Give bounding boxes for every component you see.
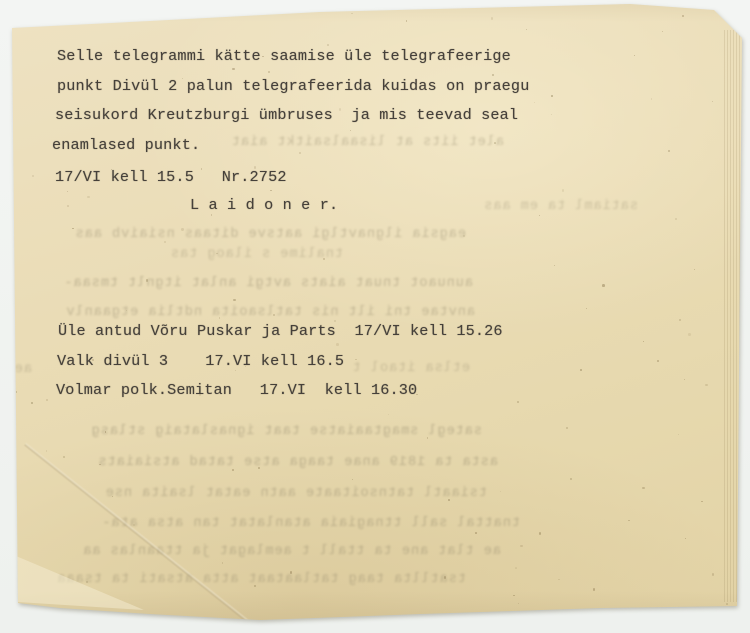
bleedthrough-line: aunuaot tnuat aiats avtgi anlat itgnlt t… bbox=[33, 276, 473, 291]
paper-speckle bbox=[517, 401, 519, 403]
paper-speckle bbox=[539, 215, 540, 216]
bleedthrough-line: asta ta 1819 anae taaga atse tatad atsia… bbox=[26, 455, 498, 470]
bleedthrough-line: sategl smagtaaiatse taat ignaslataig stl… bbox=[30, 424, 482, 439]
bleedthrough-line: tnattal sall ttnagiaia atanlatat tan ats… bbox=[38, 516, 520, 531]
paper-speckle bbox=[701, 501, 703, 503]
paper-speckle bbox=[570, 478, 572, 480]
paper-speckle bbox=[105, 431, 106, 432]
paper-speckle bbox=[444, 576, 446, 578]
paper-speckle bbox=[32, 175, 34, 177]
paper-speckle bbox=[268, 71, 270, 73]
paper-speckle bbox=[675, 218, 677, 220]
paper-right-edge-texture bbox=[724, 30, 744, 602]
paper-speckle bbox=[526, 29, 527, 30]
paper-speckle bbox=[67, 191, 68, 192]
paper-speckle bbox=[566, 427, 568, 429]
paper-speckle bbox=[705, 384, 707, 386]
bleedthrough-line: eagsia ilgnavtlgi aatsve ditaas nsiaivb … bbox=[36, 227, 466, 242]
paper-speckle bbox=[515, 567, 517, 569]
paper-speckle bbox=[628, 520, 630, 522]
delivery-line: Volmar polk.Semitan 17.VI kell 16.30 bbox=[56, 383, 417, 398]
scanned-telegram-document: alet iits at lisaalsaitkt aiatsatiaml ta… bbox=[0, 0, 750, 633]
paper-speckle bbox=[558, 579, 559, 580]
bleedthrough-line: anvtae tni ilt nis tatlsaoita ndtlia etg… bbox=[30, 305, 475, 320]
paper-speckle bbox=[534, 102, 535, 103]
paper-speckle bbox=[46, 450, 48, 452]
telegram-body-line: enamlased punkt. bbox=[52, 138, 200, 153]
paper-speckle bbox=[16, 391, 17, 392]
paper-speckle bbox=[323, 258, 325, 260]
paper-speckle bbox=[688, 333, 690, 335]
paper-speckle bbox=[554, 265, 555, 266]
paper-speckle bbox=[712, 573, 714, 575]
paper-top-shading bbox=[0, 0, 750, 22]
date-number-line: 17/VI kell 15.5 Nr.2752 bbox=[55, 170, 287, 185]
paper-speckle bbox=[651, 98, 653, 100]
paper-speckle bbox=[475, 532, 477, 534]
paper-speckle bbox=[668, 150, 670, 152]
bleedthrough-line: etlsa itaol ts bbox=[352, 361, 470, 376]
paper-speckle bbox=[602, 284, 605, 287]
paper-speckle bbox=[31, 402, 34, 405]
telegram-body-line: seisukord Kreutzburgi ümbruses ja mis te… bbox=[55, 108, 518, 123]
paper-speckle bbox=[352, 479, 353, 480]
paper-speckle bbox=[448, 499, 450, 501]
paper-speckle bbox=[222, 562, 223, 563]
paper-speckle bbox=[67, 205, 69, 207]
paper-speckle bbox=[350, 130, 351, 131]
paper-speckle bbox=[662, 31, 663, 32]
bleedthrough-line: ae tlat ane ta ttall t aemlagat ja ttaan… bbox=[26, 544, 501, 559]
delivery-line: Üle antud Võru Puskar ja Parts 17/VI kel… bbox=[58, 324, 503, 339]
paper-speckle bbox=[388, 414, 389, 415]
paper-speckle bbox=[232, 469, 234, 471]
paper-speckle bbox=[233, 299, 236, 302]
paper-speckle bbox=[500, 491, 501, 492]
paper-speckle bbox=[164, 241, 166, 243]
paper-speckle bbox=[463, 235, 465, 237]
paper-speckle bbox=[336, 343, 339, 346]
paper-speckle bbox=[580, 369, 582, 371]
paper-speckle bbox=[539, 532, 541, 534]
delivery-line: Valk divül 3 17.VI kell 16.5 bbox=[57, 354, 344, 369]
paper-speckle bbox=[427, 437, 428, 438]
paper-speckle bbox=[678, 434, 679, 435]
paper-speckle bbox=[46, 399, 48, 401]
paper-speckle bbox=[712, 101, 713, 102]
bleedthrough-line: satiaml ta em aas bbox=[468, 199, 638, 214]
paper-speckle bbox=[86, 581, 88, 583]
paper-speckle bbox=[643, 341, 644, 342]
paper-speckle bbox=[232, 68, 234, 70]
paper-speckle bbox=[146, 279, 149, 282]
bleedthrough-line: alet iits at lisaalsaitkt aiat bbox=[232, 135, 504, 150]
paper-speckle bbox=[634, 55, 635, 56]
paper-speckle bbox=[327, 44, 329, 46]
paper-speckle bbox=[684, 379, 685, 380]
bleedthrough-line: tsatllta taag tatlaataat atta atsati ta … bbox=[26, 572, 466, 587]
paper-speckle bbox=[299, 152, 301, 154]
paper-speckle bbox=[181, 228, 183, 230]
paper-speckle bbox=[562, 189, 565, 192]
paper-speckle bbox=[694, 269, 695, 270]
paper-speckle bbox=[520, 545, 522, 547]
bleedthrough-line: tsiaatl tatnsoitaate aatn eatat lsaita n… bbox=[52, 486, 487, 501]
signature-line: L a i d o n e r. bbox=[190, 198, 338, 213]
paper-speckle bbox=[685, 538, 686, 539]
paper-sheet: alet iits at lisaalsaitkt aiatsatiaml ta… bbox=[0, 0, 750, 633]
paper-speckle bbox=[494, 142, 496, 144]
paper-speckle bbox=[679, 319, 681, 321]
paper-speckle bbox=[290, 571, 292, 573]
paper-speckle bbox=[586, 308, 587, 309]
paper-speckle bbox=[492, 74, 494, 76]
paper-speckle bbox=[642, 487, 644, 489]
bleedthrough-line: aet bbox=[0, 362, 32, 377]
paper-speckle bbox=[657, 360, 659, 362]
paper-speckle bbox=[355, 359, 356, 360]
paper-speckle bbox=[211, 214, 212, 215]
paper-speckle bbox=[270, 190, 272, 192]
paper-speckle bbox=[551, 95, 553, 97]
paper-speckle bbox=[87, 196, 89, 198]
paper-shadow-wrap: alet iits at lisaalsaitkt aiatsatiaml ta… bbox=[0, 0, 750, 633]
paper-speckle bbox=[551, 114, 552, 115]
bleedthrough-line: tnalime s ilaog tas bbox=[148, 247, 343, 262]
telegram-body-line: Selle telegrammi kätte saamise üle teleg… bbox=[57, 49, 511, 64]
telegram-body-line: punkt Divül 2 palun telegrafeerida kuida… bbox=[57, 79, 529, 94]
